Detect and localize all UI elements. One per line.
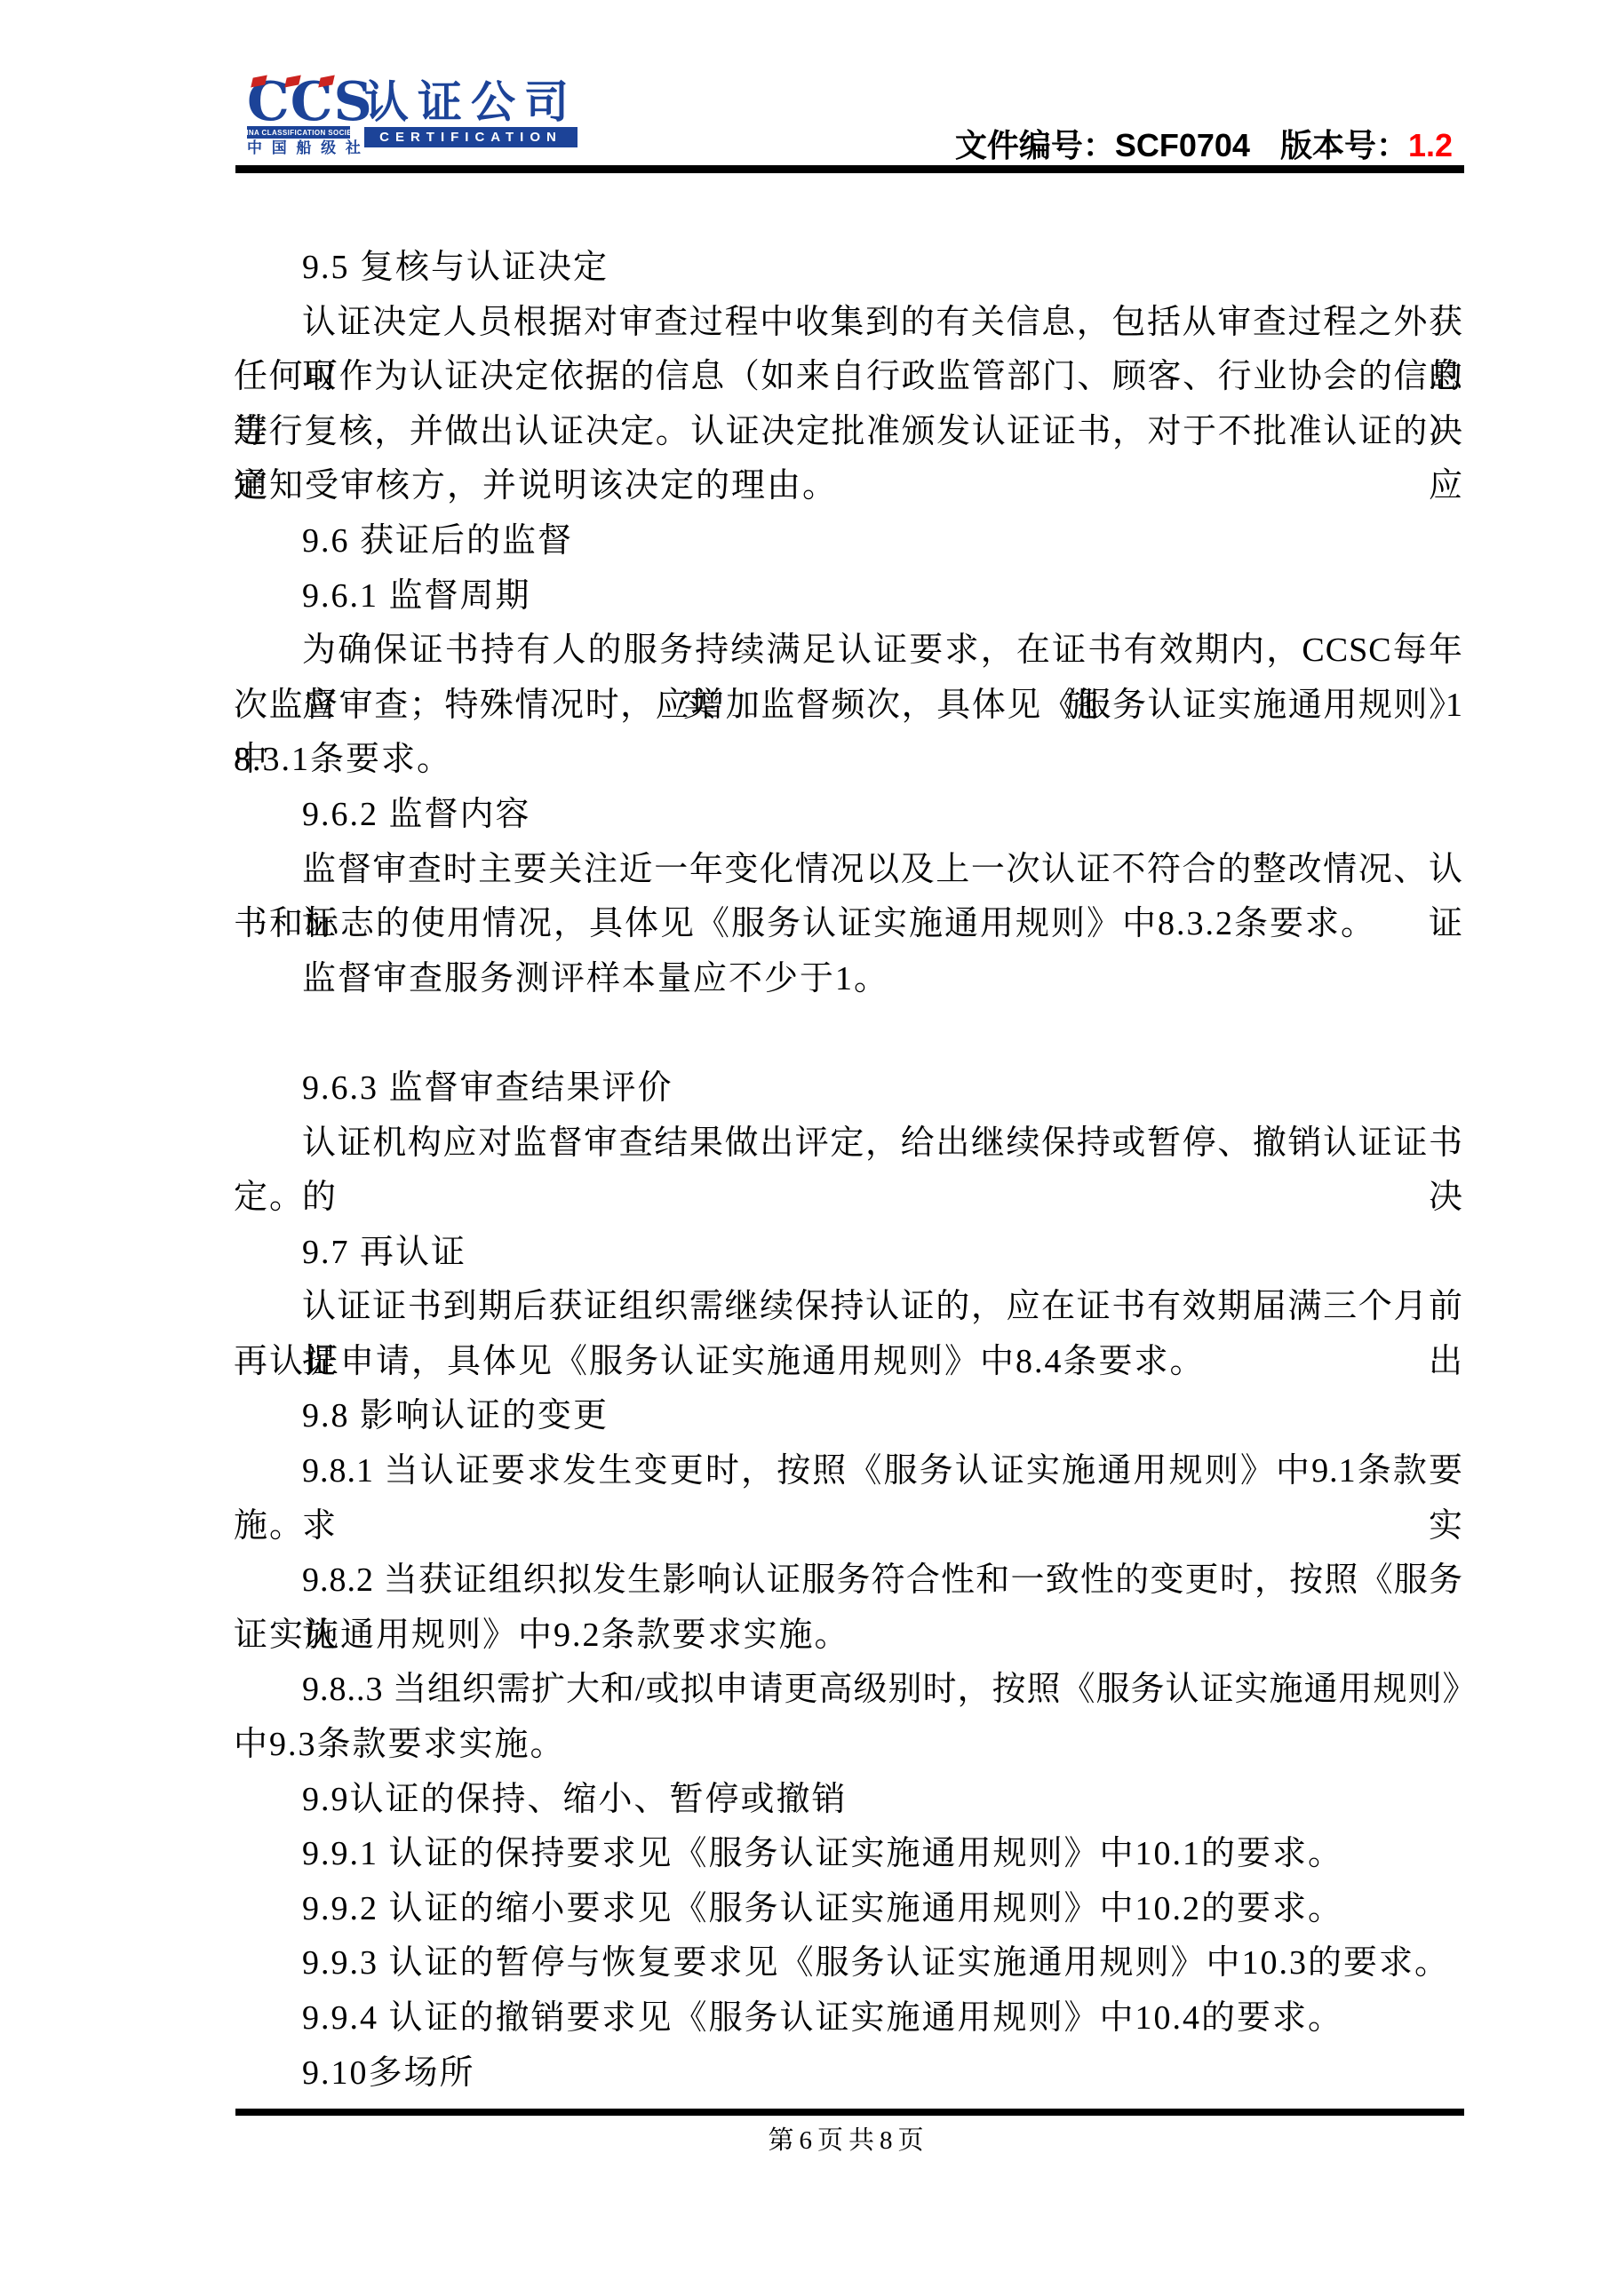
body-line: 8.3.1条要求。 — [234, 733, 1463, 788]
doc-number-label: 文件编号： — [955, 127, 1115, 163]
page-number: 第6页共8页 — [234, 2123, 1463, 2158]
footer-divider-line — [235, 2109, 1464, 2116]
ccs-logo-text: CCS — [247, 80, 350, 124]
body-line: 监督审查服务测评样本量应不少于1。 — [234, 952, 1463, 1007]
ccs-subtitle-cn: 中 国 船 级 社 — [247, 140, 350, 156]
document-page: CCS CHINA CLASSIFICATION SOCIETY 中 国 船 级… — [0, 0, 1617, 2296]
body-line: 9.9.4 认证的撤销要求见《服务认证实施通用规则》中10.4的要求。 — [234, 1991, 1463, 2046]
ccs-logo-block: CCS CHINA CLASSIFICATION SOCIETY 中 国 船 级… — [247, 80, 350, 156]
body-line: 9.5 复核与认证决定 — [234, 241, 1463, 296]
body-line: 9.9.2 认证的缩小要求见《服务认证实施通用规则》中10.2的要求。 — [234, 1882, 1463, 1937]
body-line: 书和标志的使用情况，具体见《服务认证实施通用规则》中8.3.2条要求。 — [234, 897, 1463, 952]
body-line: 认证证书到期后获证组织需继续保持认证的，应在证书有效期届满三个月前提出 — [234, 1280, 1463, 1335]
body-line: 9.8.2 当获证组织拟发生影响认证服务符合性和一致性的变更时，按照《服务认 — [234, 1553, 1463, 1609]
version-value: 1.2 — [1408, 127, 1453, 163]
body-line: 认证机构应对监督审查结果做出评定，给出继续保持或暂停、撤销认证证书的决 — [234, 1116, 1463, 1172]
body-line: 9.6 获证后的监督 — [234, 514, 1463, 569]
body-line: 9.6.3 监督审查结果评价 — [234, 1061, 1463, 1116]
body-line: 任何可作为认证决定依据的信息（如来自行政监管部门、顾客、行业协会的信息等） — [234, 350, 1463, 405]
body-line: 9.8 影响认证的变更 — [234, 1389, 1463, 1444]
body-line: 中9.3条款要求实施。 — [234, 1718, 1463, 1773]
body-line: 次监督审查；特殊情况时，应增加监督频次，具体见《服务认证实施通用规则》中 — [234, 679, 1463, 734]
body-line: 9.9.1 认证的保持要求见《服务认证实施通用规则》中10.1的要求。 — [234, 1827, 1463, 1882]
version-label: 版本号： — [1280, 127, 1408, 163]
body-line: 9.7 再认证 — [234, 1226, 1463, 1281]
document-meta: 文件编号：SCF0704版本号：1.2 — [946, 127, 1453, 164]
company-name-cn: 认证公司 — [364, 80, 577, 124]
certification-logo-block: 认证公司 CERTIFICATION — [364, 80, 577, 147]
body-line: 进行复核，并做出认证决定。认证决定批准颁发认证证书，对于不批准认证的决定应 — [234, 405, 1463, 460]
body-line: 9.6.2 监督内容 — [234, 788, 1463, 843]
body-line: 为确保证书持有人的服务持续满足认证要求，在证书有效期内，CCSC每年应实施1 — [234, 624, 1463, 679]
company-logo: CCS CHINA CLASSIFICATION SOCIETY 中 国 船 级… — [247, 80, 577, 156]
body-line: 监督审查时主要关注近一年变化情况以及上一次认证不符合的整改情况、认证证 — [234, 843, 1463, 898]
doc-number-value: SCF0704 — [1115, 127, 1250, 163]
document-body: 9.5 复核与认证决定认证决定人员根据对审查过程中收集到的有关信息，包括从审查过… — [234, 241, 1463, 2101]
body-line: 9.9认证的保持、缩小、暂停或撤销 — [234, 1773, 1463, 1828]
body-line: 认证决定人员根据对审查过程中收集到的有关信息，包括从审查过程之外获取的 — [234, 296, 1463, 351]
company-name-en: CERTIFICATION — [364, 127, 577, 147]
body-line — [234, 1006, 1463, 1061]
header-divider-line — [235, 165, 1464, 173]
body-line: 9.9.3 认证的暂停与恢复要求见《服务认证实施通用规则》中10.3的要求。 — [234, 1936, 1463, 1991]
body-line: 9.10多场所 — [234, 2046, 1463, 2101]
body-line: 9.8.1 当认证要求发生变更时，按照《服务认证实施通用规则》中9.1条款要求实 — [234, 1444, 1463, 1499]
body-line: 9.6.1 监督周期 — [234, 569, 1463, 624]
body-line: 9.8..3 当组织需扩大和/或拟申请更高级别时，按照《服务认证实施通用规则》 — [234, 1663, 1463, 1718]
body-line: 证实施通用规则》中9.2条款要求实施。 — [234, 1609, 1463, 1664]
